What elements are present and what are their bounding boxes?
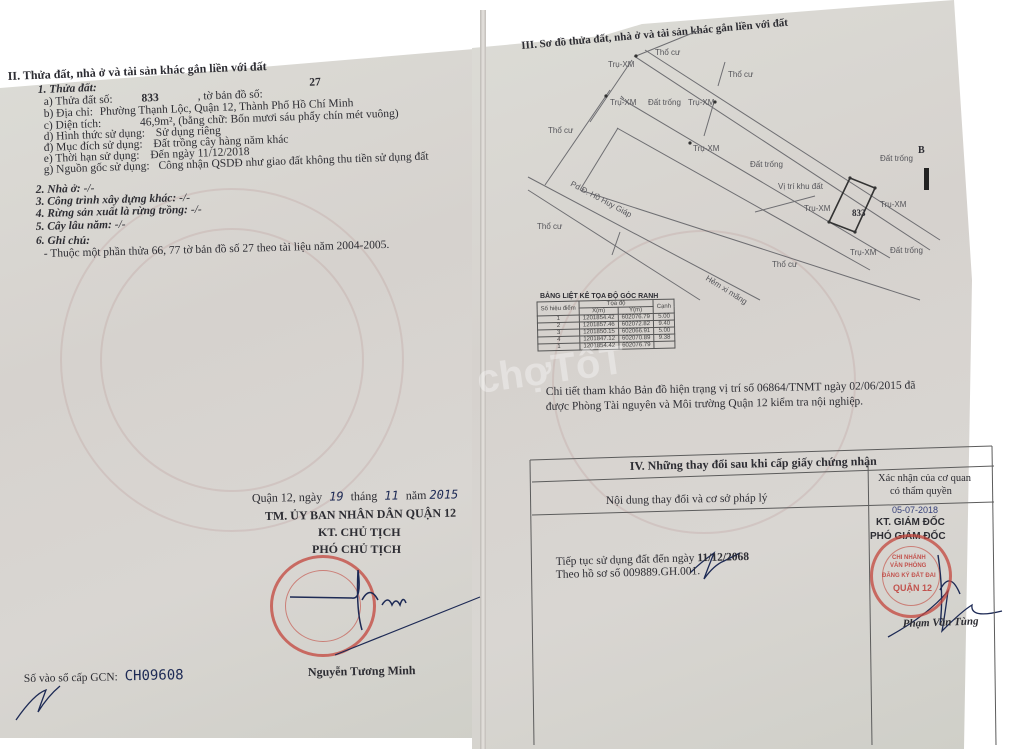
stamp-text-4: QUẬN 12	[893, 583, 932, 593]
confirm-role-1: KT. GIÁM ĐỐC	[876, 516, 945, 529]
change-entry-date: 11/12/2068	[697, 551, 749, 564]
stamp-text-1: CHI NHÁNH	[892, 555, 926, 561]
stamp-text-3: ĐĂNG KÝ ĐẤT ĐAI	[882, 573, 936, 579]
stamp-text-2: VĂN PHÒNG	[890, 563, 926, 569]
changes-col-confirm-2: có thẩm quyền	[890, 485, 952, 498]
confirm-signer: Phạm Văn Tùng	[903, 615, 979, 631]
changes-col-confirm-1: Xác nhận của cơ quan	[878, 472, 971, 485]
